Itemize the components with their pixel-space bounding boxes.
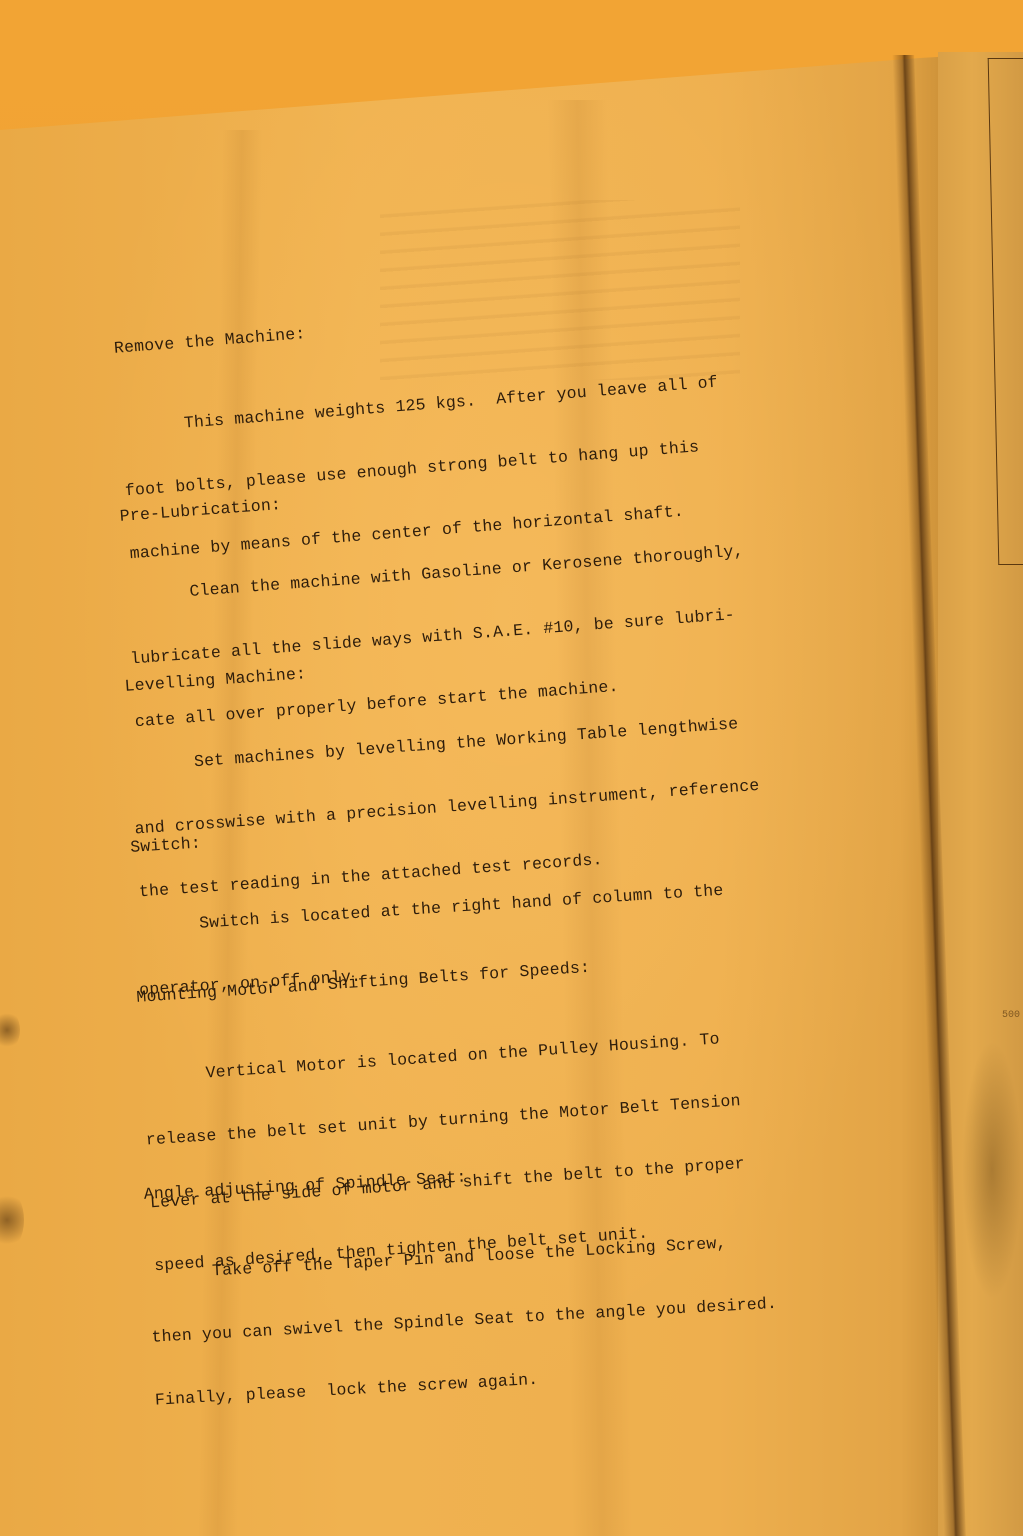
section-line: Vertical Motor is located on the Pulley … (141, 1027, 737, 1087)
section-heading: Switch: (130, 800, 719, 858)
section-line: then you can swivel the Spindle Seat to … (151, 1293, 778, 1348)
section-line: Finally, please lock the screw again. (154, 1356, 781, 1411)
section-heading: Angle adjusting of Spindle Seat: (143, 1150, 770, 1205)
section-line: Take off the Taper Pin and loose the Loc… (148, 1230, 775, 1285)
section-heading: Levelling Machine: (124, 632, 750, 697)
section-heading: Pre-Lubrication: (119, 461, 738, 527)
section-heading: Remove the Machine: (113, 292, 712, 359)
adjacent-page-stain (962, 1040, 1022, 1300)
section-heading: Mounting Motor and Shifting Belts for Sp… (136, 947, 732, 1007)
adjacent-page-text-fragment: 500 (1002, 1010, 1020, 1021)
section-angle-adjusting: Angle adjusting of Spindle Seat: Take of… (141, 1108, 782, 1431)
